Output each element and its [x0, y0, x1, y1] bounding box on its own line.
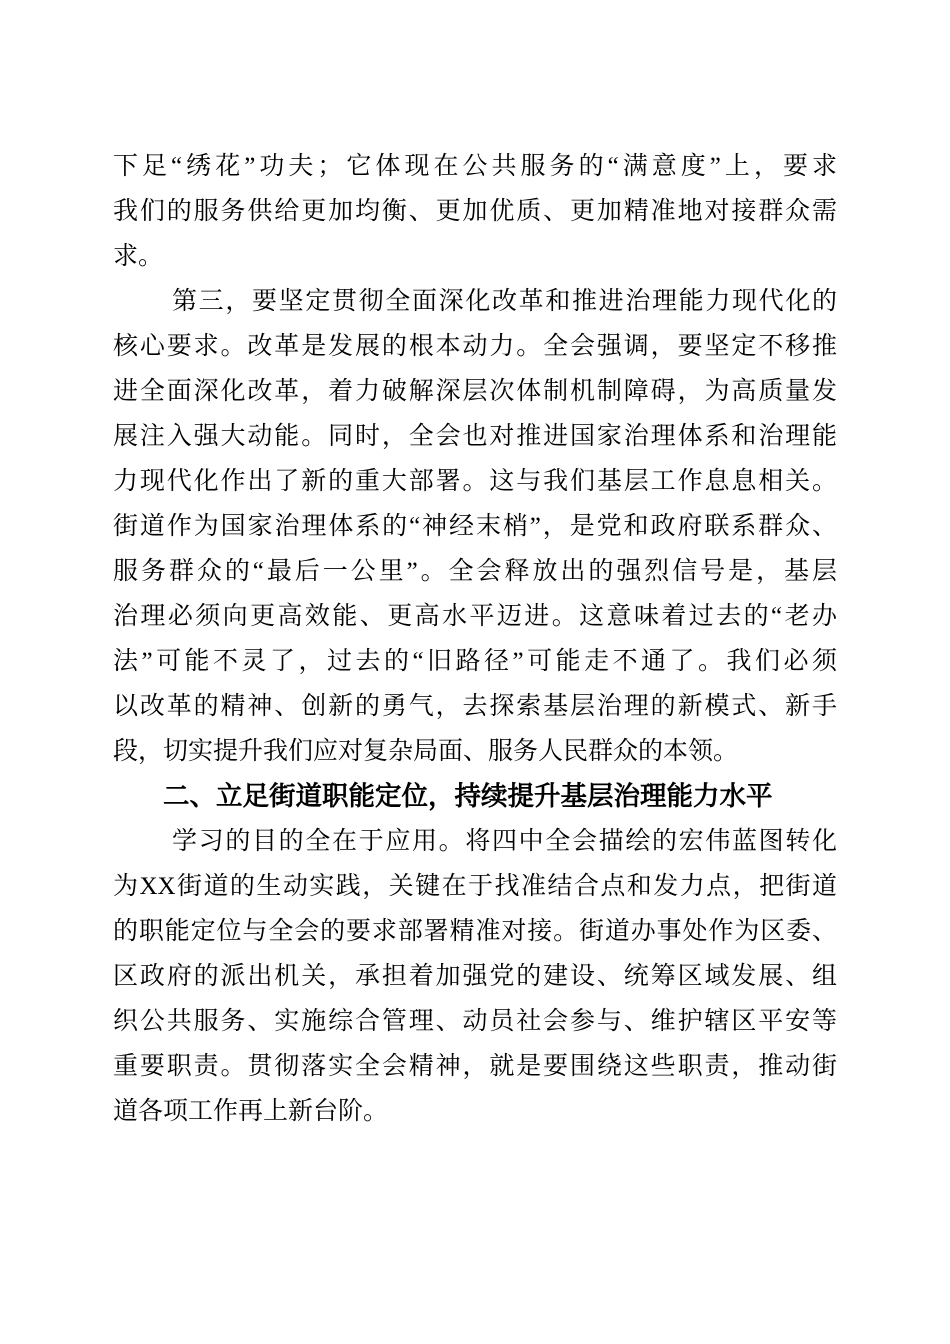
heading-line: 二、立足街道职能定位，持续提升基层治理能力水平: [113, 774, 837, 819]
text-line: 进全面深化改革，着力破解深层次体制机制障碍，为高质量发: [113, 369, 837, 414]
text-line: 下足“绣花”功夫；它体现在公共服务的“满意度”上，要求: [113, 144, 837, 189]
text-line: 以改革的精神、创新的勇气，去探索基层治理的新模式、新手: [113, 684, 837, 729]
text-line: 街道作为国家治理体系的“神经末梢”，是党和政府联系群众、: [113, 504, 837, 549]
text-line: 为XX街道的生动实践，关键在于找准结合点和发力点，把街道: [113, 864, 837, 909]
text-line: 学习的目的全在于应用。将四中全会描绘的宏伟蓝图转化: [113, 819, 837, 864]
text-line: 我们的服务供给更加均衡、更加优质、更加精准地对接群众需: [113, 189, 837, 234]
paragraph-street-function: 学习的目的全在于应用。将四中全会描绘的宏伟蓝图转化为XX街道的生动实践，关键在于…: [113, 819, 837, 1134]
text-line: 织公共服务、实施综合管理、动员社会参与、维护辖区平安等: [113, 999, 837, 1044]
document-page: 下足“绣花”功夫；它体现在公共服务的“满意度”上，要求我们的服务供给更加均衡、更…: [0, 0, 950, 1344]
text-line: 法”可能不灵了，过去的“旧路径”可能走不通了。我们必须: [113, 639, 837, 684]
text-line: 区政府的派出机关，承担着加强党的建设、统筹区域发展、组: [113, 954, 837, 999]
text-line: 道各项工作再上新台阶。: [113, 1089, 837, 1134]
text-line: 段，切实提升我们应对复杂局面、服务人民群众的本领。: [113, 729, 837, 774]
text-line: 服务群众的“最后一公里”。全会释放出的强烈信号是，基层: [113, 549, 837, 594]
paragraph-third-point-reform: 第三，要坚定贯彻全面深化改革和推进治理能力现代化的核心要求。改革是发展的根本动力…: [113, 279, 837, 774]
section-heading-two: 二、立足街道职能定位，持续提升基层治理能力水平: [113, 774, 837, 819]
text-line: 的职能定位与全会的要求部署精准对接。街道办事处作为区委、: [113, 909, 837, 954]
text-line: 核心要求。改革是发展的根本动力。全会强调，要坚定不移推: [113, 324, 837, 369]
text-line: 治理必须向更高效能、更高水平迈进。这意味着过去的“老办: [113, 594, 837, 639]
text-line: 重要职责。贯彻落实全会精神，就是要围绕这些职责，推动街: [113, 1044, 837, 1089]
paragraph-service-quality-continuation: 下足“绣花”功夫；它体现在公共服务的“满意度”上，要求我们的服务供给更加均衡、更…: [113, 144, 837, 279]
text-line: 第三，要坚定贯彻全面深化改革和推进治理能力现代化的: [113, 279, 837, 324]
text-line: 求。: [113, 234, 837, 279]
document-content: 下足“绣花”功夫；它体现在公共服务的“满意度”上，要求我们的服务供给更加均衡、更…: [113, 144, 837, 1134]
text-line: 展注入强大动能。同时，全会也对推进国家治理体系和治理能: [113, 414, 837, 459]
text-line: 力现代化作出了新的重大部署。这与我们基层工作息息相关。: [113, 459, 837, 504]
